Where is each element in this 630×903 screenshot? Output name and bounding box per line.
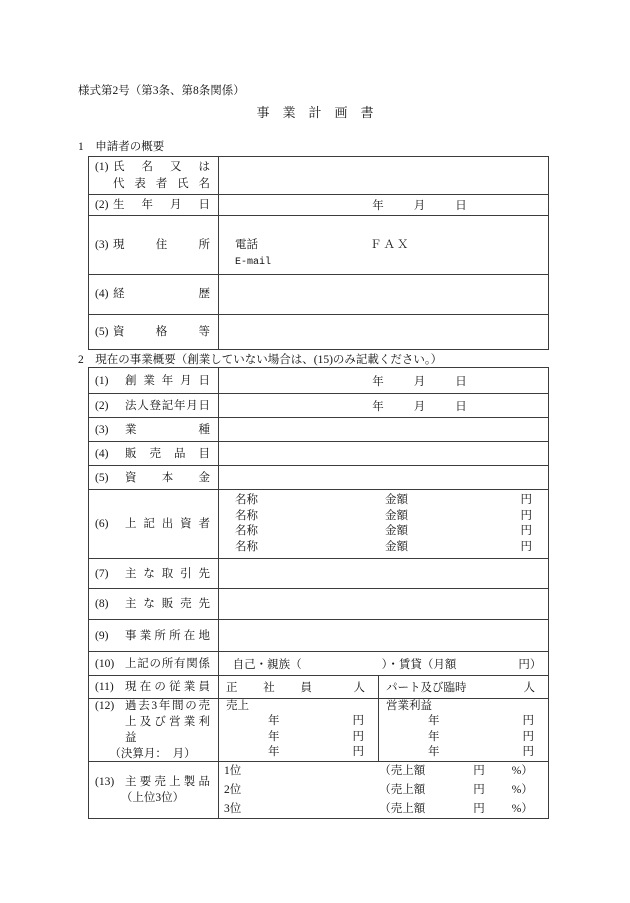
profit-year-line: 年円 xyxy=(386,714,534,730)
row-label: 主 な 販 売 先 xyxy=(125,596,210,612)
row-label: 上記の所有関係 xyxy=(125,656,210,672)
month-label: 月 xyxy=(414,373,426,389)
yen-label: 円 xyxy=(521,524,533,540)
year-label: 年 xyxy=(428,714,440,730)
month-label: 月 xyxy=(414,398,426,414)
field-name-blank xyxy=(219,157,548,194)
year-label: 年 xyxy=(372,373,384,389)
page-title: 事 業 計 画 書 xyxy=(0,102,630,121)
day-label: 日 xyxy=(455,197,467,213)
profit-year-line: 年円 xyxy=(386,745,534,761)
yen-label: 円 xyxy=(523,745,535,761)
field-investors-blank: 名称金額円 名称金額円 名称金額円 名称金額円 xyxy=(219,490,548,558)
field-products-blank xyxy=(219,442,548,465)
year-label: 年 xyxy=(372,197,384,213)
row-investors-label-cell: (6)上 記 出 資 者 xyxy=(89,490,219,558)
row-number: (6) xyxy=(95,516,125,532)
row-number-spacer xyxy=(95,176,113,193)
sales-column: 売上 年円 年円 年円 xyxy=(219,699,379,761)
row-label: 現 在 の 従 業 員 xyxy=(125,679,210,695)
year-label: 年 xyxy=(268,714,280,730)
yen-label: 円 xyxy=(353,714,365,730)
row-label: 代 表 者 氏 名 xyxy=(113,176,210,193)
section1-heading: 1 申請者の概要 xyxy=(78,138,164,154)
fulltime-label: 正 社 員 xyxy=(226,679,312,695)
field-qualifications-blank xyxy=(219,315,548,349)
row-number: (2) xyxy=(95,398,125,414)
investor-line: 名称金額円 xyxy=(235,493,532,509)
row-number: (5) xyxy=(95,324,113,341)
row-number: (3) xyxy=(95,422,125,438)
row-registration-date-label-cell: (2)法人登記年月日 xyxy=(89,394,219,417)
year-label: 年 xyxy=(268,745,280,761)
row-label: 主 要 売 上 製 品 xyxy=(125,774,210,790)
row-label: 過去3年間の売 xyxy=(125,698,210,714)
row-number: (2) xyxy=(95,197,113,214)
row-clients: (7)主 な 取 引 先 xyxy=(89,558,548,588)
sales-amount-label: （売上額 xyxy=(379,781,425,800)
row-number: (7) xyxy=(95,566,125,582)
row-label: 事 業 所 所 在 地 xyxy=(125,628,210,644)
yen-label: 円 xyxy=(523,730,535,746)
field-top-products-blank: 1位（売上額円%） 2位（売上額円%） 3位（売上額円%） xyxy=(219,762,548,818)
year-label: 年 xyxy=(268,730,280,746)
row-label: 資 格 等 xyxy=(113,324,210,341)
rank-label: 1位 xyxy=(224,762,241,781)
yen-label: 円 xyxy=(473,781,485,800)
sales-header: 売上 xyxy=(226,699,364,714)
row-birthdate: (2)生 年 月 日 年月日 xyxy=(89,194,548,215)
field-sales-destinations-blank xyxy=(219,589,548,619)
row-label-note: （決算月： 月） xyxy=(95,746,210,762)
row-career-label-cell: (4)経 歴 xyxy=(89,275,219,314)
row-investors: (6)上 記 出 資 者 名称金額円 名称金額円 名称金額円 名称金額円 xyxy=(89,489,548,558)
row-founding-date: (1)創 業 年 月 日 年月日 xyxy=(89,368,548,393)
sales-amount-label: （売上額 xyxy=(379,762,425,781)
name-label: 名称 xyxy=(235,493,258,509)
tel-label: 電話 xyxy=(235,236,258,255)
row-label: 法人登記年月日 xyxy=(125,398,210,414)
field-birthdate-blank: 年月日 xyxy=(219,195,548,215)
row-sales-destinations: (8)主 な 販 売 先 xyxy=(89,588,548,619)
name-label: 名称 xyxy=(235,524,258,540)
row-top-products-label-cell: (13)主 要 売 上 製 品 （上位3位） xyxy=(89,762,219,818)
row-number: (12) xyxy=(95,698,125,714)
row-number: (11) xyxy=(95,679,125,695)
row-label: 創 業 年 月 日 xyxy=(125,373,210,389)
row-products-label-cell: (4)販 売 品 目 xyxy=(89,442,219,465)
field-registration-date-blank: 年月日 xyxy=(219,394,548,417)
investor-line: 名称金額円 xyxy=(235,509,532,525)
year-label: 年 xyxy=(428,745,440,761)
field-ownership-blank: 自己・親族（）・賃貸（月額円） xyxy=(219,652,548,675)
row-founding-date-label-cell: (1)創 業 年 月 日 xyxy=(89,368,219,393)
ownership-options: 自己・親族（ xyxy=(233,656,302,672)
row-address: (3)現 住 所 電話ＦＡＸ E-mail xyxy=(89,215,548,274)
yen-label: 円） xyxy=(518,656,541,672)
row-label: 資 本 金 xyxy=(125,470,210,486)
field-employees-blank: 正 社 員人 パート及び臨時人 xyxy=(219,676,548,698)
row-office-location-label-cell: (9)事 業 所 所 在 地 xyxy=(89,620,219,651)
row-sales-destinations-label-cell: (8)主 な 販 売 先 xyxy=(89,589,219,619)
percent-label: %） xyxy=(512,800,533,819)
name-label: 名称 xyxy=(235,509,258,525)
form-number: 様式第2号（第3条、第8条関係） xyxy=(78,82,245,98)
month-label: 月 xyxy=(414,197,426,213)
rank-line: 2位（売上額円%） xyxy=(224,781,548,800)
field-career-blank xyxy=(219,275,548,314)
row-number: (1) xyxy=(95,159,113,176)
row-address-label-cell: (3)現 住 所 xyxy=(89,216,219,274)
investor-line: 名称金額円 xyxy=(235,540,532,556)
person-unit: 人 xyxy=(354,679,366,695)
field-address-blank: 電話ＦＡＸ E-mail xyxy=(219,216,548,274)
field-sales-profit-blank: 売上 年円 年円 年円 営業利益 年円 年円 年円 xyxy=(219,699,548,761)
row-number: (13) xyxy=(95,774,125,790)
row-ownership: (10)上記の所有関係 自己・親族（）・賃貸（月額円） xyxy=(89,651,548,675)
row-career: (4)経 歴 xyxy=(89,274,548,314)
sales-amount-label: （売上額 xyxy=(379,800,425,819)
fax-label: ＦＡＸ xyxy=(370,236,411,255)
email-label: E-mail xyxy=(235,255,548,270)
profit-column: 営業利益 年円 年円 年円 xyxy=(379,699,548,761)
day-label: 日 xyxy=(455,373,467,389)
row-qualifications: (5)資 格 等 xyxy=(89,314,548,349)
amount-label: 金額 xyxy=(385,493,408,509)
row-label: 業 種 xyxy=(125,422,210,438)
field-office-location-blank xyxy=(219,620,548,651)
section2-heading: 2 現在の事業概要（創業していない場合は、(15)のみ記載ください。） xyxy=(78,351,442,367)
row-products: (4)販 売 品 目 xyxy=(89,441,548,465)
sales-year-line: 年円 xyxy=(226,714,364,730)
row-number: (4) xyxy=(95,286,113,303)
row-label: 販 売 品 目 xyxy=(125,446,210,462)
row-number: (8) xyxy=(95,596,125,612)
row-birthdate-label-cell: (2)生 年 月 日 xyxy=(89,195,219,215)
yen-label: 円 xyxy=(353,745,365,761)
row-label: 現 住 所 xyxy=(113,237,210,254)
yen-label: 円 xyxy=(353,730,365,746)
yen-label: 円 xyxy=(473,800,485,819)
row-registration-date: (2)法人登記年月日 年月日 xyxy=(89,393,548,417)
year-label: 年 xyxy=(372,398,384,414)
row-industry: (3)業 種 xyxy=(89,417,548,441)
sales-year-line: 年円 xyxy=(226,730,364,746)
row-capital: (5)資 本 金 xyxy=(89,465,548,489)
row-office-location: (9)事 業 所 所 在 地 xyxy=(89,619,548,651)
ownership-rent: ）・賃貸（月額 xyxy=(382,656,457,672)
yen-label: 円 xyxy=(523,714,535,730)
amount-label: 金額 xyxy=(385,540,408,556)
amount-label: 金額 xyxy=(385,524,408,540)
row-sales-profit-history-label-cell: (12)過去3年間の売 上 及 び 営 業 利 益 （決算月： 月） xyxy=(89,699,219,761)
row-sales-profit-history: (12)過去3年間の売 上 及 び 営 業 利 益 （決算月： 月） 売上 年円… xyxy=(89,698,548,761)
fulltime-cell: 正 社 員人 xyxy=(219,676,379,698)
field-industry-blank xyxy=(219,418,548,441)
row-name: (1)氏 名 又 は 代 表 者 氏 名 xyxy=(89,157,548,194)
row-top-products: (13)主 要 売 上 製 品 （上位3位） 1位（売上額円%） 2位（売上額円… xyxy=(89,761,548,818)
document-page: 様式第2号（第3条、第8条関係） 事 業 計 画 書 1 申請者の概要 (1)氏… xyxy=(0,0,630,903)
row-label: 上 及 び 営 業 利 益 xyxy=(125,714,210,746)
row-label: 生 年 月 日 xyxy=(113,197,210,214)
rank-line: 1位（売上額円%） xyxy=(224,762,548,781)
row-number: (3) xyxy=(95,237,113,254)
field-founding-date-blank: 年月日 xyxy=(219,368,548,393)
parttime-cell: パート及び臨時人 xyxy=(379,676,548,698)
row-number-spacer xyxy=(95,714,125,746)
applicant-overview-table: (1)氏 名 又 は 代 表 者 氏 名 (2)生 年 月 日 年月日 (3)現… xyxy=(88,156,549,350)
yen-label: 円 xyxy=(521,540,533,556)
row-number: (10) xyxy=(95,656,125,672)
row-ownership-label-cell: (10)上記の所有関係 xyxy=(89,652,219,675)
yen-label: 円 xyxy=(521,493,533,509)
row-industry-label-cell: (3)業 種 xyxy=(89,418,219,441)
year-label: 年 xyxy=(428,730,440,746)
percent-label: %） xyxy=(512,762,533,781)
profit-year-line: 年円 xyxy=(386,730,534,746)
row-label: 経 歴 xyxy=(113,286,210,303)
name-label: 名称 xyxy=(235,540,258,556)
row-number: (5) xyxy=(95,470,125,486)
sales-year-line: 年円 xyxy=(226,745,364,761)
row-employees: (11)現 在 の 従 業 員 正 社 員人 パート及び臨時人 xyxy=(89,675,548,698)
row-qualifications-label-cell: (5)資 格 等 xyxy=(89,315,219,349)
field-capital-blank xyxy=(219,466,548,489)
rank-label: 2位 xyxy=(224,781,241,800)
row-label-note: （上位3位） xyxy=(95,790,210,806)
person-unit: 人 xyxy=(524,679,536,695)
investor-line: 名称金額円 xyxy=(235,524,532,540)
profit-header: 営業利益 xyxy=(386,699,534,714)
row-label: 主 な 取 引 先 xyxy=(125,566,210,582)
row-name-label-cell: (1)氏 名 又 は 代 表 者 氏 名 xyxy=(89,157,219,194)
parttime-label: パート及び臨時 xyxy=(386,679,467,695)
row-clients-label-cell: (7)主 な 取 引 先 xyxy=(89,559,219,588)
yen-label: 円 xyxy=(473,762,485,781)
row-label: 上 記 出 資 者 xyxy=(125,516,210,532)
row-number: (9) xyxy=(95,628,125,644)
day-label: 日 xyxy=(455,398,467,414)
row-capital-label-cell: (5)資 本 金 xyxy=(89,466,219,489)
row-number: (1) xyxy=(95,373,125,389)
rank-label: 3位 xyxy=(224,800,241,819)
rank-line: 3位（売上額円%） xyxy=(224,800,548,819)
yen-label: 円 xyxy=(521,509,533,525)
row-number: (4) xyxy=(95,446,125,462)
field-clients-blank xyxy=(219,559,548,588)
row-label: 氏 名 又 は xyxy=(113,159,210,176)
amount-label: 金額 xyxy=(385,509,408,525)
row-employees-label-cell: (11)現 在 の 従 業 員 xyxy=(89,676,219,698)
business-overview-table: (1)創 業 年 月 日 年月日 (2)法人登記年月日 年月日 (3)業 種 (… xyxy=(88,367,549,819)
percent-label: %） xyxy=(512,781,533,800)
